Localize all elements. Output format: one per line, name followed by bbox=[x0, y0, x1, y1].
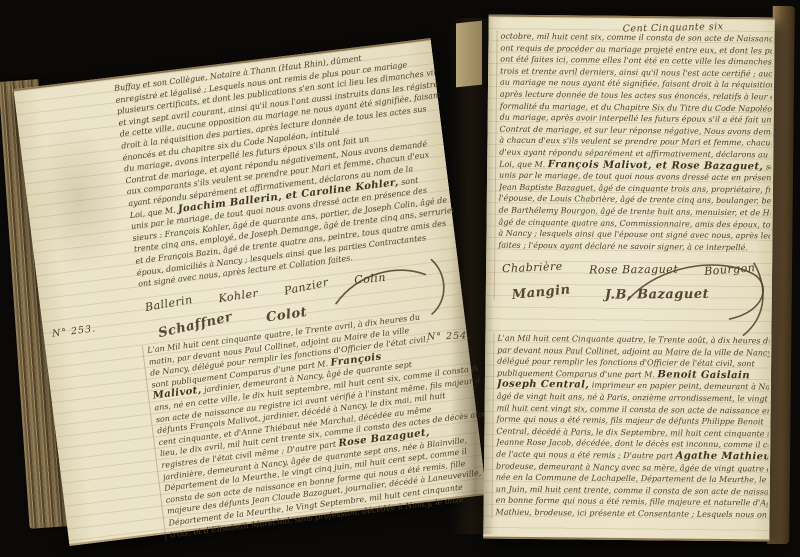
signature: Colot bbox=[266, 305, 309, 326]
book-gutter-shadow bbox=[450, 18, 494, 534]
gutter-page-sliver bbox=[456, 21, 482, 88]
paper-stain bbox=[25, 119, 133, 279]
signature: J.B. Bazaguet bbox=[605, 287, 709, 303]
record-252-end-text: Buffay et son Collègue, Notaire à Thann … bbox=[114, 44, 465, 339]
manuscript-line: Mathieu, brodeuse, ici présente et Conse… bbox=[495, 507, 767, 521]
manuscript-line: faites ; l'époux ayant déclaré ne savoir… bbox=[498, 239, 770, 253]
record-254-text: L'an Mil huit cent Cinquante quatre, le … bbox=[491, 333, 769, 521]
register-scan: Buffay et son Collègue, Notaire à Thann … bbox=[0, 0, 800, 557]
signature: Colin bbox=[354, 271, 387, 287]
record-253-continuation-text: octobre, mil huit cent six, comme il con… bbox=[494, 31, 773, 303]
record-254-margin-number: N° 254. bbox=[427, 330, 472, 343]
left-page: Buffay et son Collègue, Notaire à Thann … bbox=[14, 38, 487, 546]
record-253-signatures-row-1: ChabrièreRose BazaguetBourgon bbox=[498, 256, 770, 277]
signature: Mangin bbox=[511, 283, 571, 303]
record-253-signatures-row-2: ManginJ.B. Bazaguet bbox=[498, 274, 770, 303]
record-252-lines: Buffay et son Collègue, Notaire à Thann … bbox=[114, 44, 459, 290]
signature: Rose Bazaguet bbox=[589, 263, 678, 277]
record-253-continuation-lines: octobre, mil huit cent six, comme il con… bbox=[498, 31, 772, 254]
signature: Chabrière bbox=[502, 260, 563, 276]
right-page: Cent Cinquante six octobre, mil huit cen… bbox=[483, 15, 774, 542]
record-254-lines: L'an Mil huit cent Cinquante quatre, le … bbox=[495, 333, 769, 521]
